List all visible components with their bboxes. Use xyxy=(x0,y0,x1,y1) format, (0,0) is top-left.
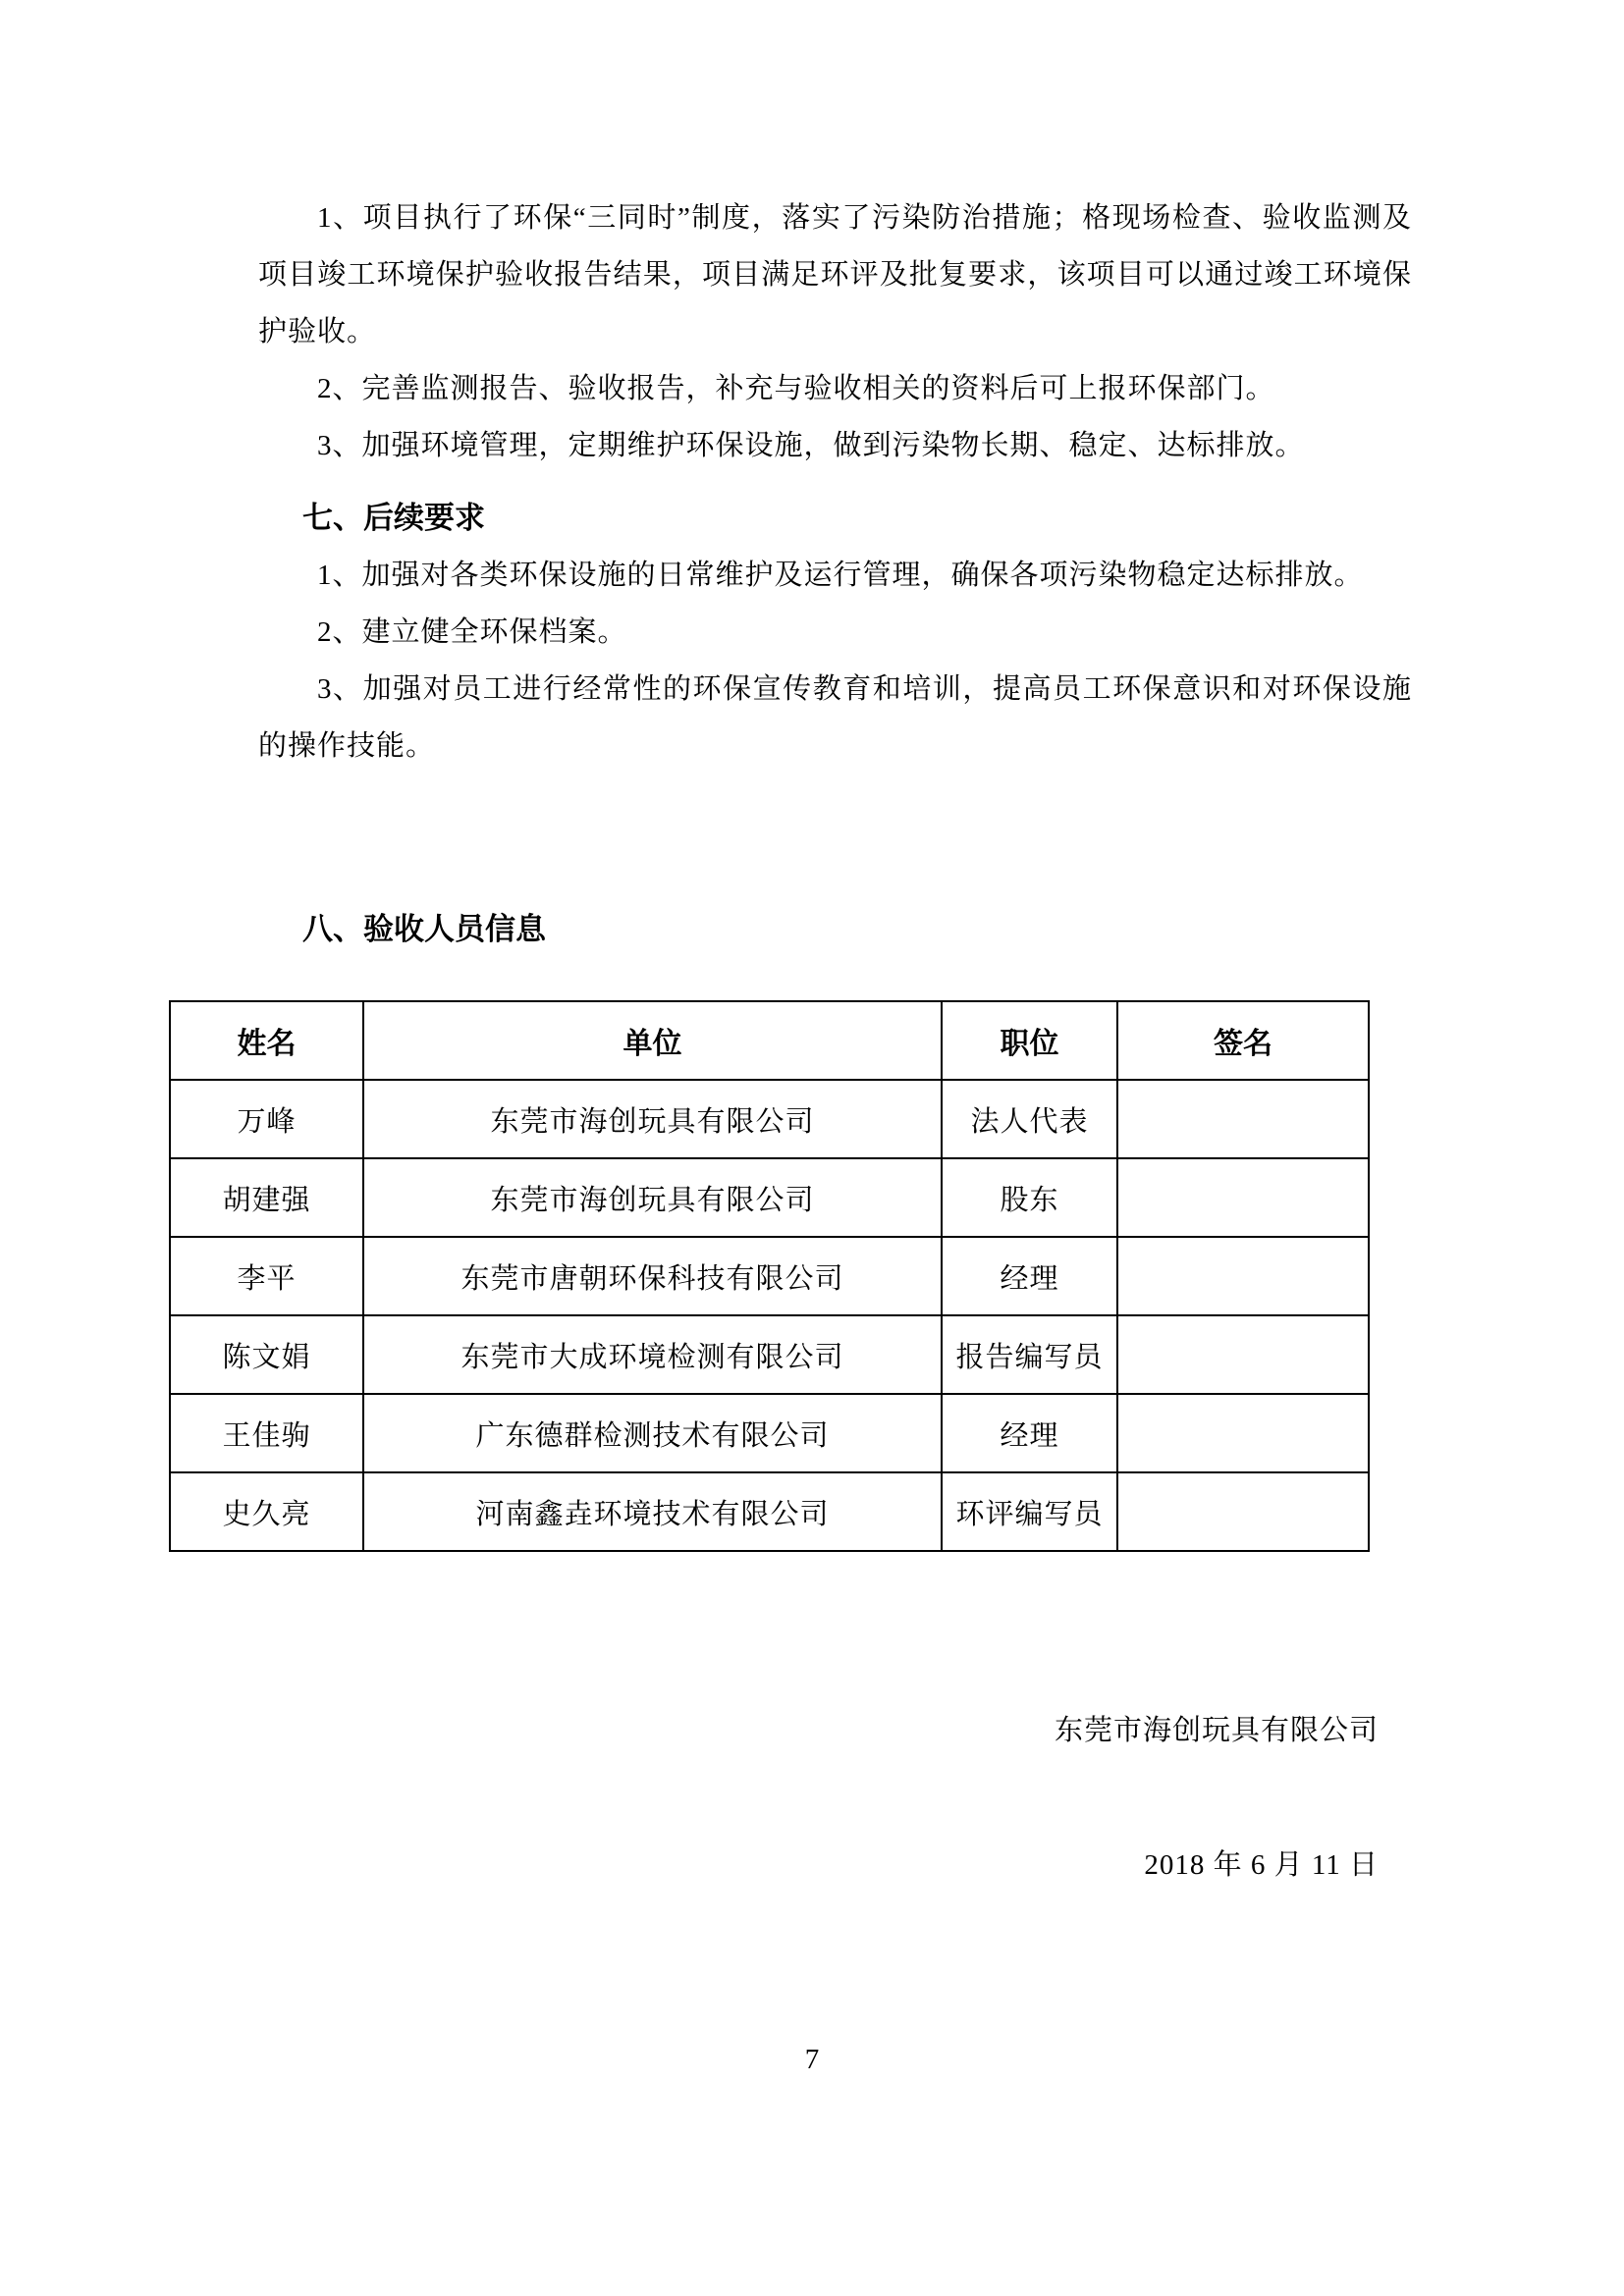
followup-item-1: 1、加强对各类环保设施的日常维护及运行管理，确保各项污染物稳定达标排放。 xyxy=(258,547,1412,604)
cell-signature xyxy=(1117,1472,1369,1551)
column-header-position: 职位 xyxy=(942,1001,1117,1080)
document-page: 1、项目执行了环保“三同时”制度，落实了污染防治措施；格现场检查、验收监测及项目… xyxy=(0,0,1624,2296)
cell-name: 李平 xyxy=(170,1237,363,1315)
acceptance-personnel-table: 姓名 单位 职位 签名 万峰 东莞市海创玩具有限公司 法人代表 胡建强 东莞市海… xyxy=(169,1000,1370,1552)
cell-position: 经理 xyxy=(942,1237,1117,1315)
column-header-signature: 签名 xyxy=(1117,1001,1369,1080)
conclusion-item-3: 3、加强环境管理，定期维护环保设施，做到污染物长期、稳定、达标排放。 xyxy=(258,417,1412,474)
cell-position: 经理 xyxy=(942,1394,1117,1472)
cell-signature xyxy=(1117,1394,1369,1472)
cell-position: 股东 xyxy=(942,1158,1117,1237)
table-row: 陈文娟 东莞市大成环境检测有限公司 报告编写员 xyxy=(170,1315,1369,1394)
cell-position: 法人代表 xyxy=(942,1080,1117,1158)
cell-unit: 东莞市海创玩具有限公司 xyxy=(363,1080,942,1158)
cell-name: 陈文娟 xyxy=(170,1315,363,1394)
cell-position: 环评编写员 xyxy=(942,1472,1117,1551)
cell-name: 王佳驹 xyxy=(170,1394,363,1472)
cell-unit: 河南鑫垚环境技术有限公司 xyxy=(363,1472,942,1551)
page-number: 7 xyxy=(0,2031,1624,2088)
conclusion-item-1: 1、项目执行了环保“三同时”制度，落实了污染防治措施；格现场检查、验收监测及项目… xyxy=(258,189,1412,360)
conclusion-item-2: 2、完善监测报告、验收报告，补充与验收相关的资料后可上报环保部门。 xyxy=(258,360,1412,417)
closing-company-name: 东莞市海创玩具有限公司 xyxy=(1055,1702,1379,1759)
cell-signature xyxy=(1117,1315,1369,1394)
cell-position: 报告编写员 xyxy=(942,1315,1117,1394)
followup-item-2: 2、建立健全环保档案。 xyxy=(258,604,1412,661)
document-body: 1、项目执行了环保“三同时”制度，落实了污染防治措施；格现场检查、验收监测及项目… xyxy=(258,189,1412,1552)
closing-date: 2018 年 6 月 11 日 xyxy=(1055,1837,1379,1894)
column-header-unit: 单位 xyxy=(363,1001,942,1080)
table-header-row: 姓名 单位 职位 签名 xyxy=(170,1001,1369,1080)
cell-name: 史久亮 xyxy=(170,1472,363,1551)
column-header-name: 姓名 xyxy=(170,1001,363,1080)
table-row: 李平 东莞市唐朝环保科技有限公司 经理 xyxy=(170,1237,1369,1315)
table-row: 万峰 东莞市海创玩具有限公司 法人代表 xyxy=(170,1080,1369,1158)
cell-signature xyxy=(1117,1158,1369,1237)
followup-item-3: 3、加强对员工进行经常性的环保宣传教育和培训，提高员工环保意识和对环保设施的操作… xyxy=(258,661,1412,774)
section-heading-acceptance-personnel: 八、验收人员信息 xyxy=(258,901,1412,958)
closing-block: 东莞市海创玩具有限公司 2018 年 6 月 11 日 xyxy=(1055,1702,1379,1894)
cell-unit: 东莞市唐朝环保科技有限公司 xyxy=(363,1237,942,1315)
section-heading-followup-requirements: 七、后续要求 xyxy=(258,490,1412,547)
table-row: 王佳驹 广东德群检测技术有限公司 经理 xyxy=(170,1394,1369,1472)
cell-unit: 东莞市大成环境检测有限公司 xyxy=(363,1315,942,1394)
cell-signature xyxy=(1117,1237,1369,1315)
table-row: 胡建强 东莞市海创玩具有限公司 股东 xyxy=(170,1158,1369,1237)
cell-name: 万峰 xyxy=(170,1080,363,1158)
table-row: 史久亮 河南鑫垚环境技术有限公司 环评编写员 xyxy=(170,1472,1369,1551)
cell-name: 胡建强 xyxy=(170,1158,363,1237)
cell-signature xyxy=(1117,1080,1369,1158)
cell-unit: 东莞市海创玩具有限公司 xyxy=(363,1158,942,1237)
cell-unit: 广东德群检测技术有限公司 xyxy=(363,1394,942,1472)
